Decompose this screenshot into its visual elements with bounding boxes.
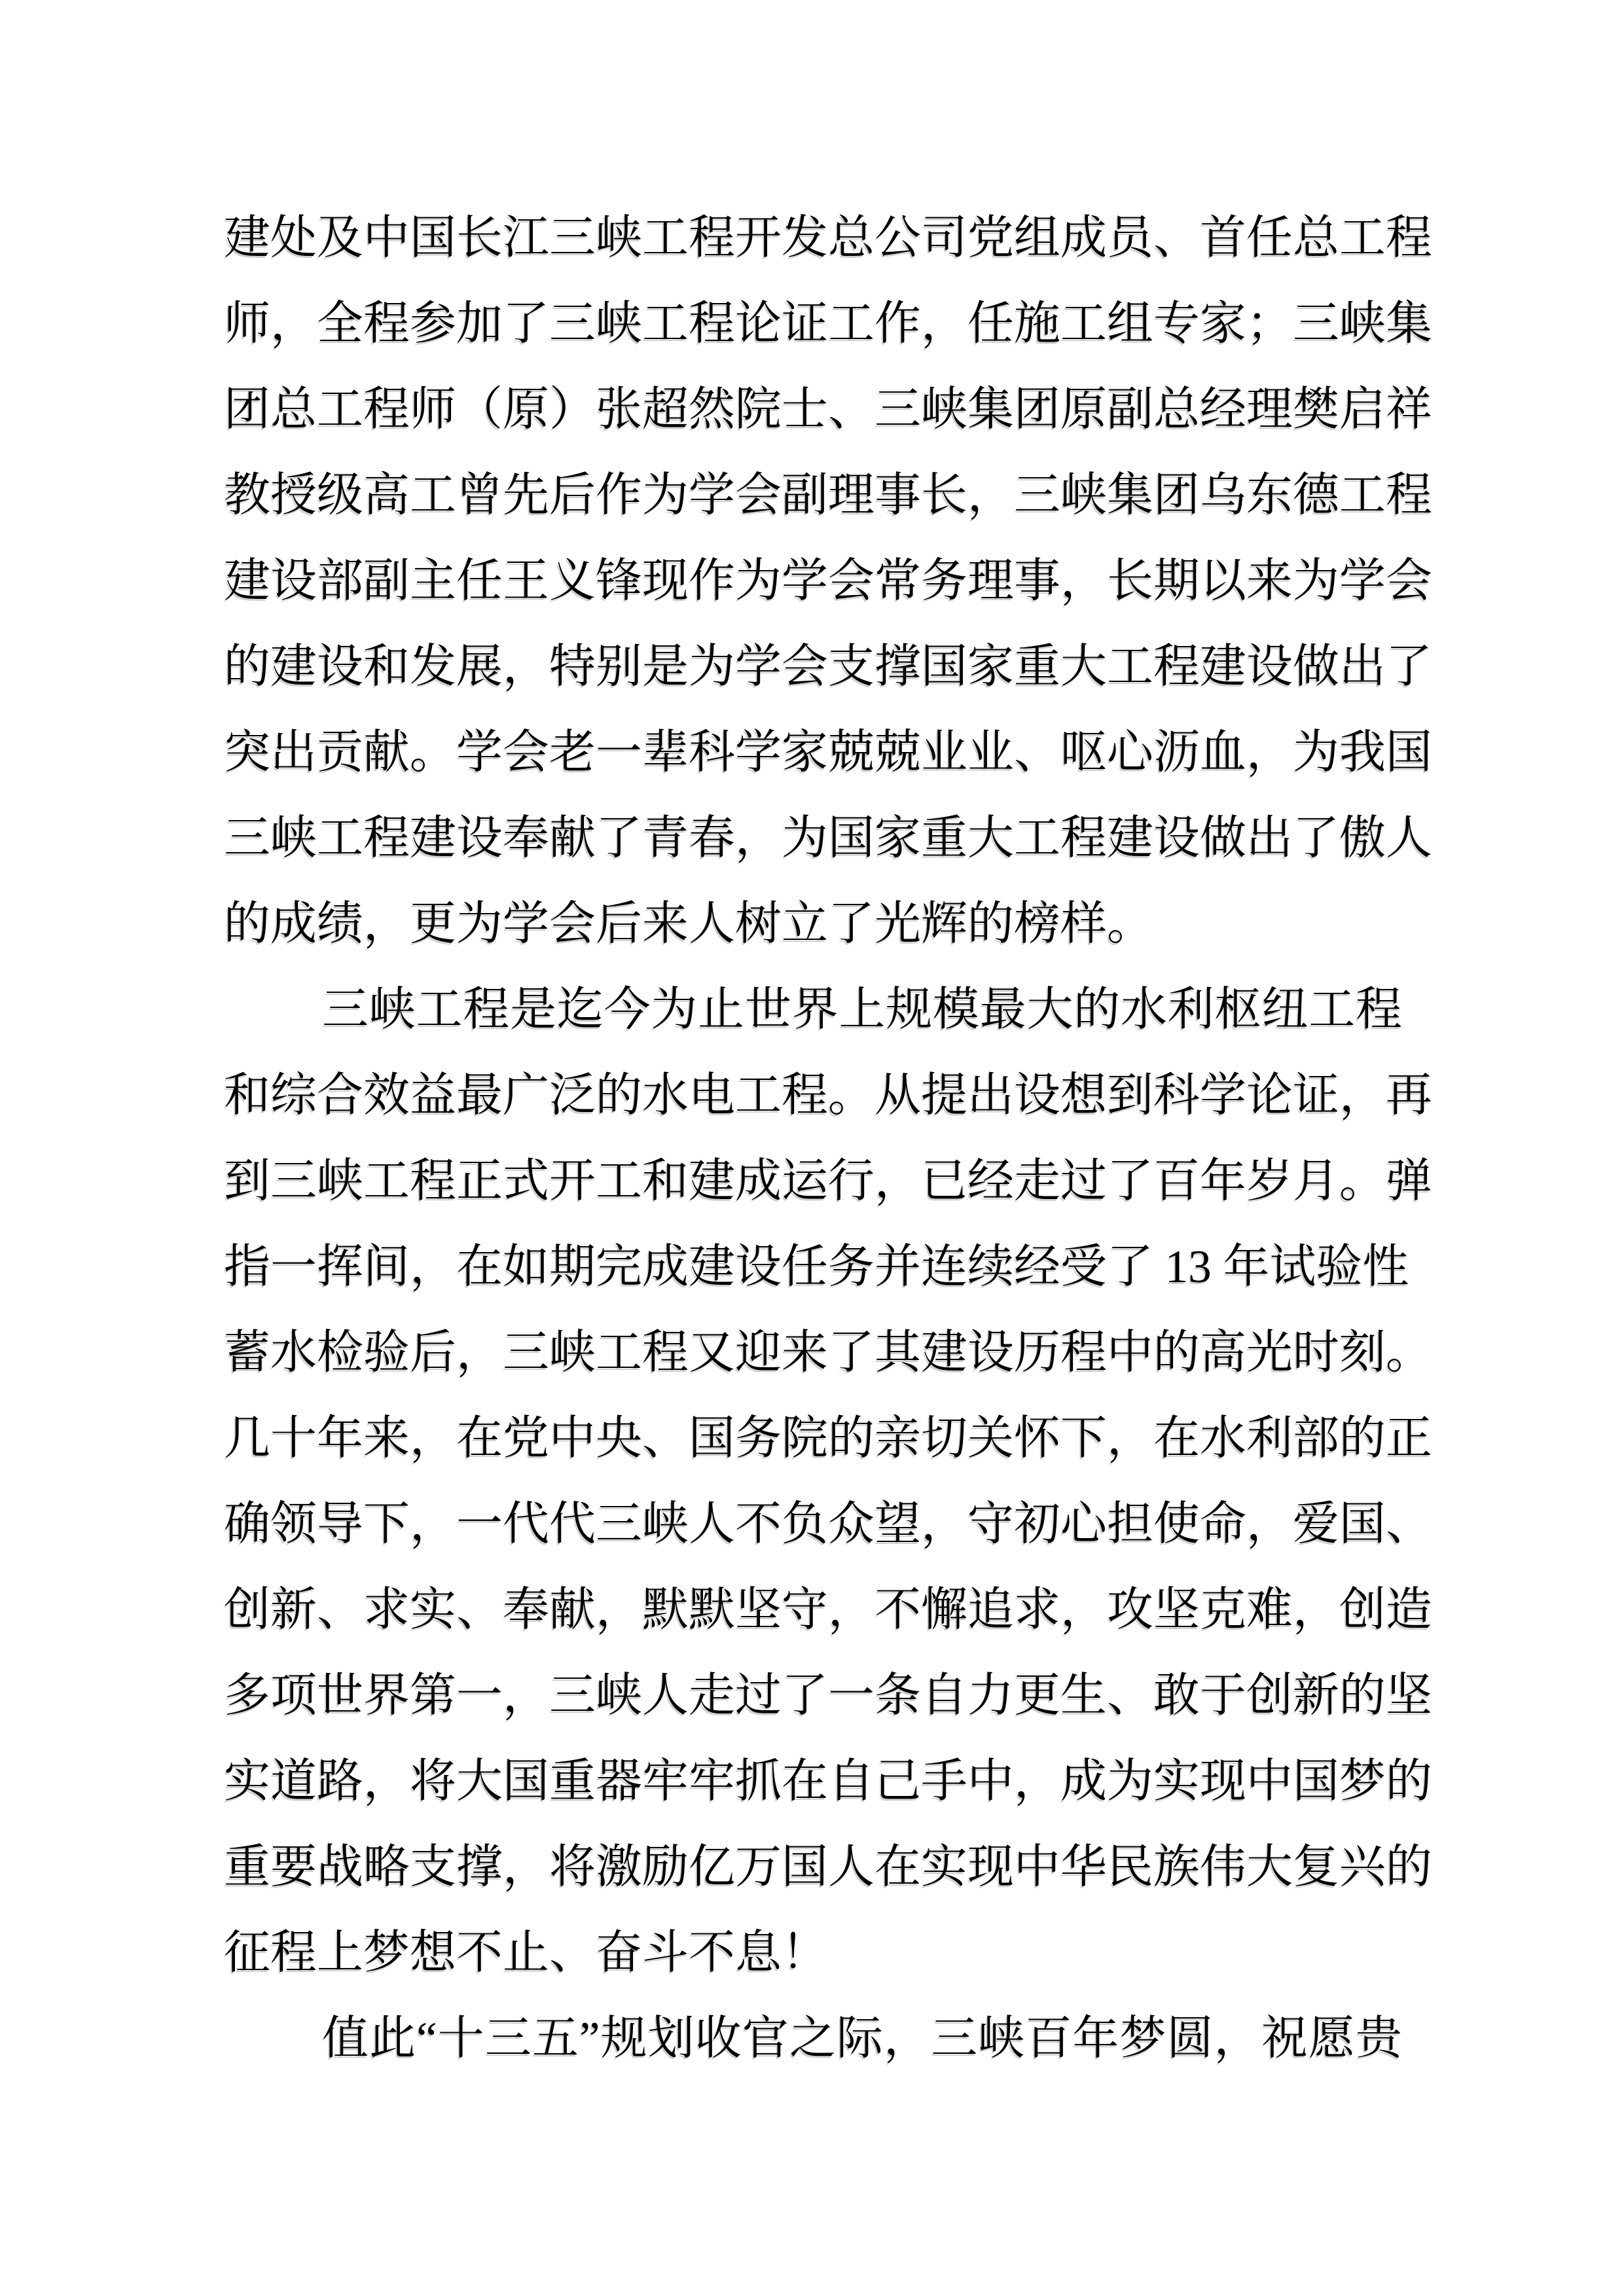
- text-line: 几十年来，在党中央、国务院的亲切关怀下，在水利部的正: [224, 1396, 1402, 1482]
- text-line: 和综合效益最广泛的水电工程。从提出设想到科学论证，再: [224, 1053, 1402, 1139]
- text-line: 团总工程师（原）张超然院士、三峡集团原副总经理樊启祥: [224, 367, 1402, 453]
- text-line: 教授级高工曾先后作为学会副理事长，三峡集团乌东德工程: [224, 453, 1402, 539]
- text-line: 蓄水检验后，三峡工程又迎来了其建设历程中的高光时刻。: [224, 1310, 1402, 1396]
- text-line: 建处及中国长江三峡工程开发总公司党组成员、首任总工程: [224, 196, 1402, 281]
- text-line: 创新、求实、奉献，默默坚守，不懈追求，攻坚克难，创造: [224, 1568, 1402, 1653]
- text-line: 到三峡工程正式开工和建成运行，已经走过了百年岁月。弹: [224, 1139, 1402, 1225]
- text-line: 征程上梦想不止、奋斗不息！: [224, 1910, 1402, 1996]
- text-line: 的建设和发展，特别是为学会支撑国家重大工程建设做出了: [224, 624, 1402, 710]
- text-line: 实道路，将大国重器牢牢抓在自己手中，成为实现中国梦的: [224, 1739, 1402, 1825]
- text-line: 确领导下，一代代三峡人不负众望，守初心担使命，爱国、: [224, 1482, 1402, 1568]
- text-line: 师，全程参加了三峡工程论证工作，任施工组专家；三峡集: [224, 281, 1402, 367]
- text-line: 重要战略支撑，将激励亿万国人在实现中华民族伟大复兴的: [224, 1825, 1402, 1910]
- text-line: 三峡工程建设奉献了青春，为国家重大工程建设做出了傲人: [224, 796, 1402, 882]
- text-line: 值此“十三五”规划收官之际，三峡百年梦圆，祝愿贵: [224, 1996, 1402, 2082]
- text-line: 三峡工程是迄今为止世界上规模最大的水利枢纽工程: [224, 967, 1402, 1053]
- text-line: 突出贡献。学会老一辈科学家兢兢业业、呕心沥血，为我国: [224, 710, 1402, 796]
- body-text: 建处及中国长江三峡工程开发总公司党组成员、首任总工程 师，全程参加了三峡工程论证…: [224, 196, 1402, 2082]
- text-line: 多项世界第一，三峡人走过了一条自力更生、敢于创新的坚: [224, 1653, 1402, 1739]
- document-page: 建处及中国长江三峡工程开发总公司党组成员、首任总工程 师，全程参加了三峡工程论证…: [0, 0, 1624, 2296]
- text-line: 建设部副主任王义锋现作为学会常务理事，长期以来为学会: [224, 539, 1402, 624]
- text-line: 的成绩，更为学会后来人树立了光辉的榜样。: [224, 882, 1402, 967]
- text-line: 指一挥间，在如期完成建设任务并连续经受了 13 年试验性: [224, 1225, 1402, 1310]
